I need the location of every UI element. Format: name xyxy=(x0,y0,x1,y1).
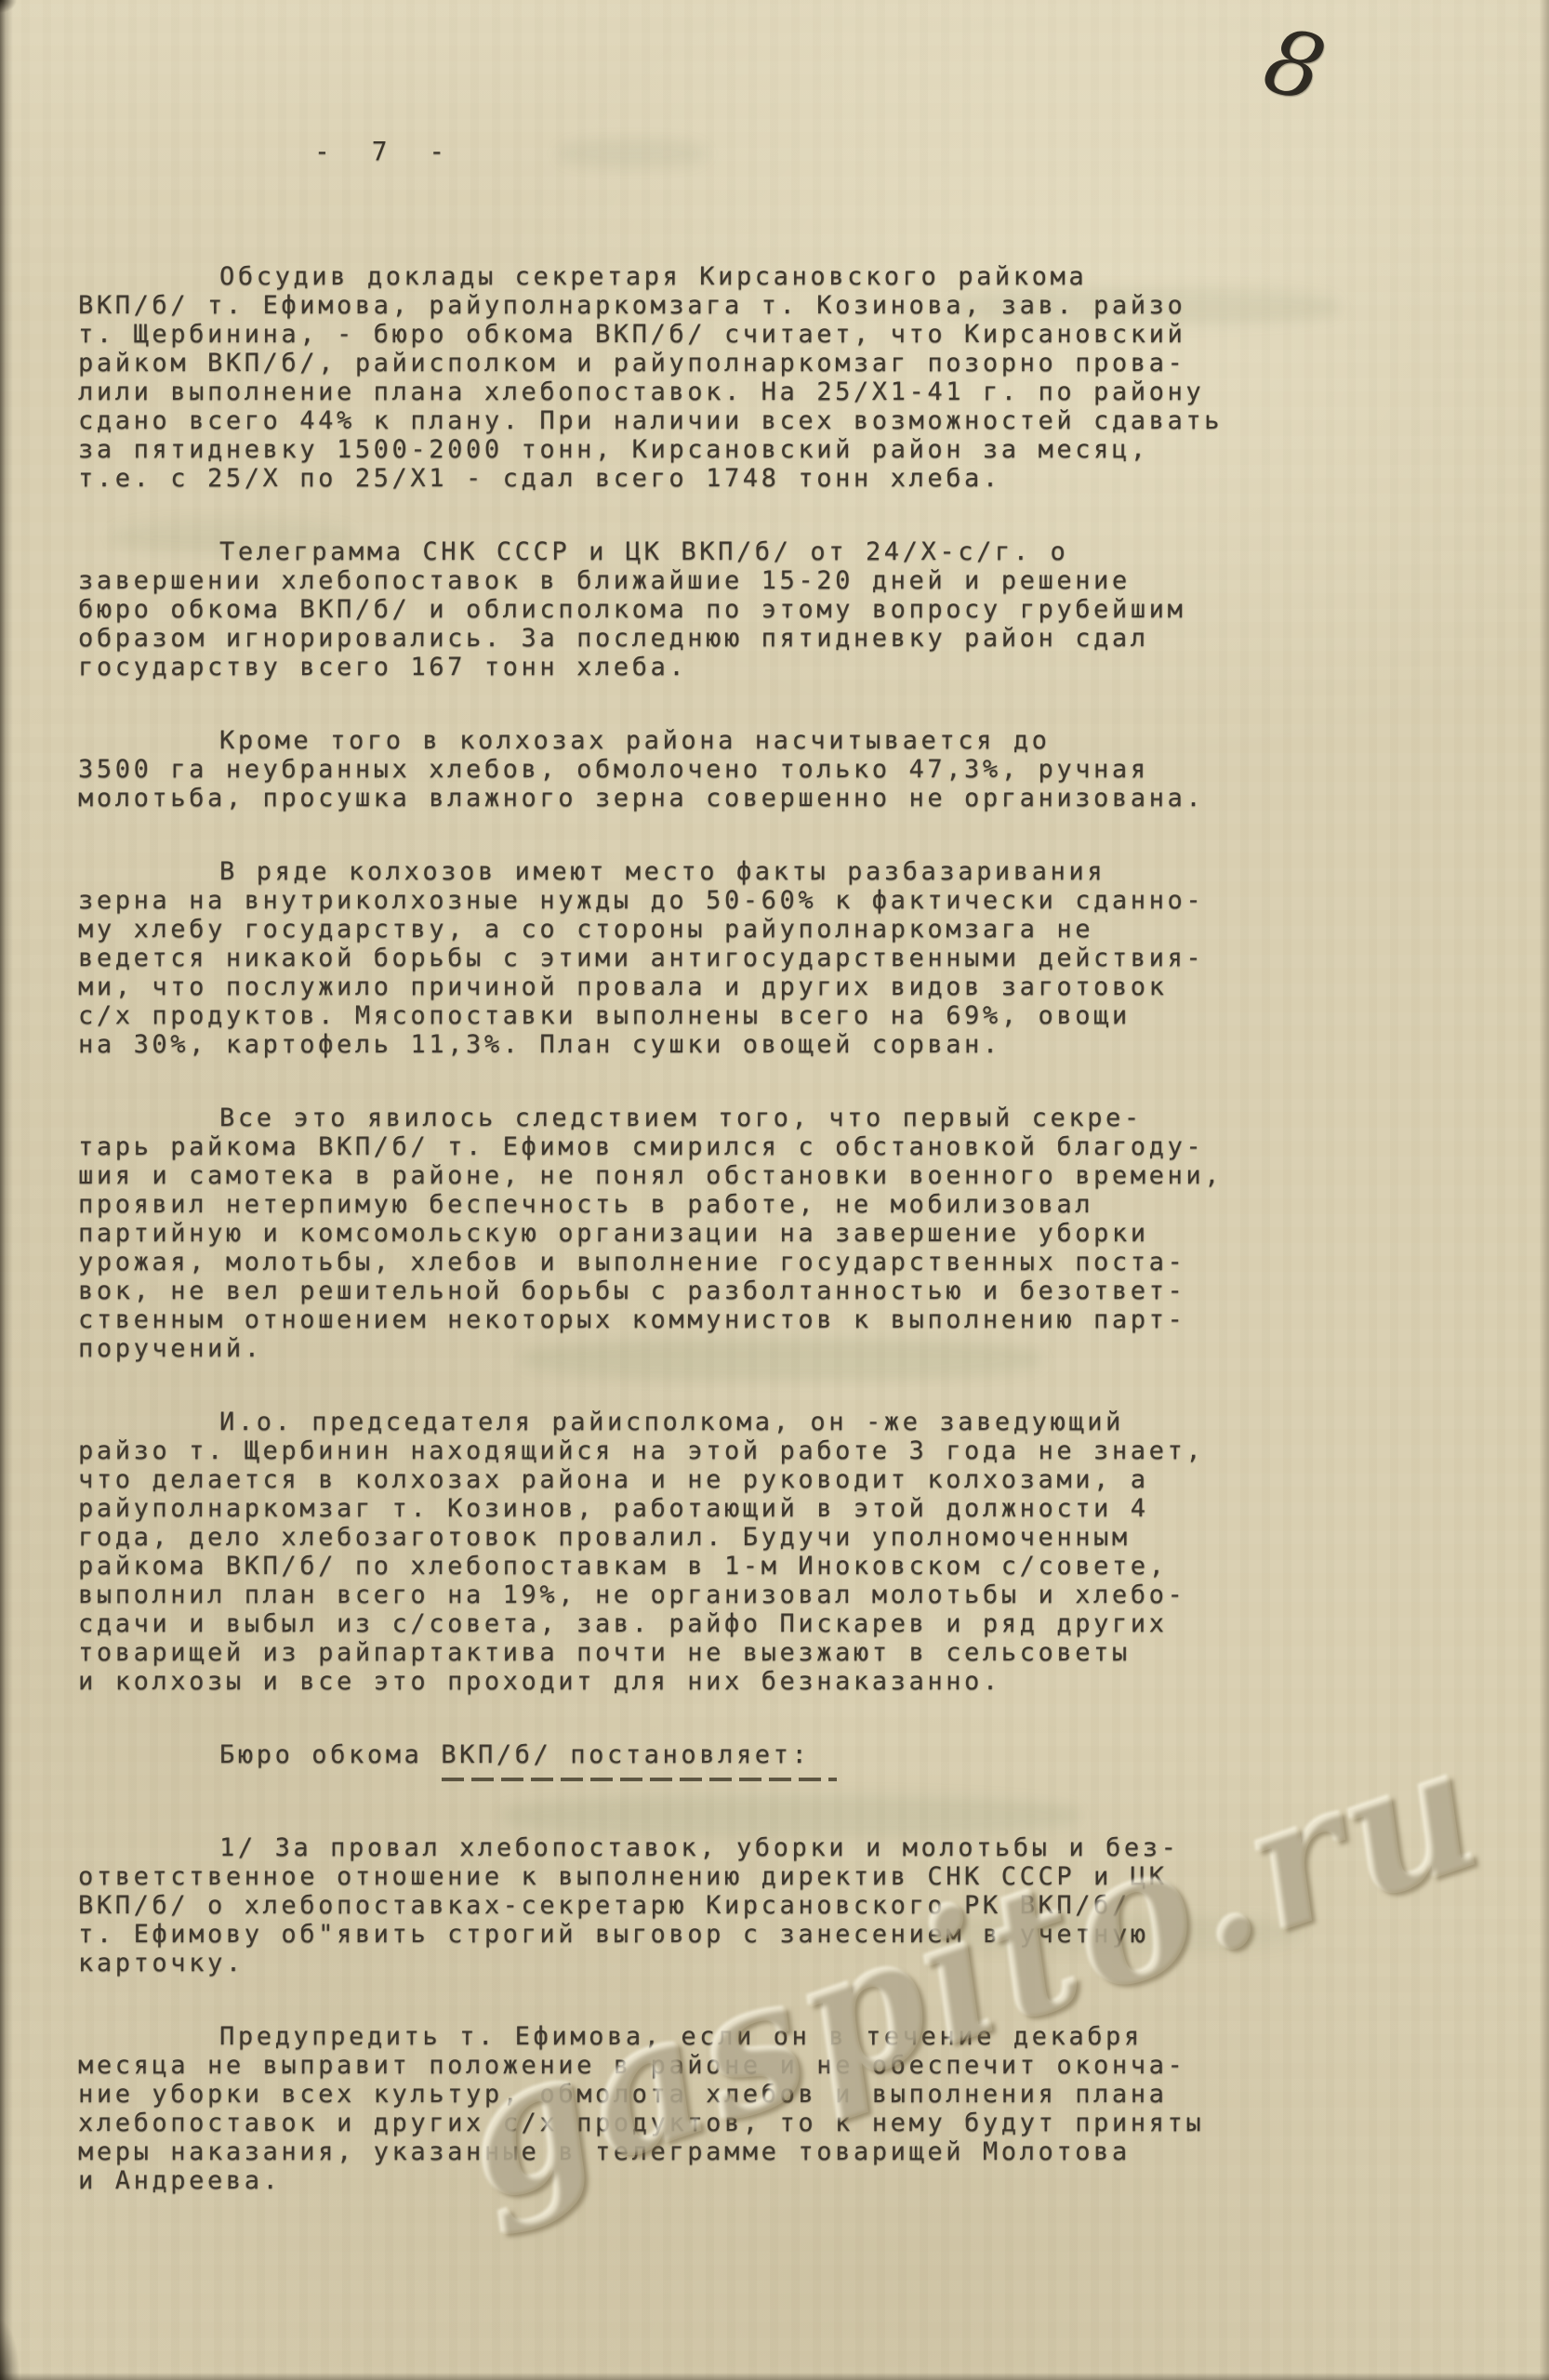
text-line: сдано всего 44% к плану. При наличии все… xyxy=(78,406,1333,435)
paragraph: Кроме того в колхозах района насчитывает… xyxy=(78,726,1333,813)
resolution-heading-block: Бюро обкома ВКП/б/ постановляет: xyxy=(78,1740,1333,1781)
text-line: вок, не вел решительной борьбы с разболт… xyxy=(78,1276,1333,1305)
text-line: месяца не выправит положение в районе и … xyxy=(78,2051,1333,2080)
text-line: партийную и комсомольскую организации на… xyxy=(78,1219,1333,1248)
text-line: и Андреева. xyxy=(78,2166,1333,2195)
text-line: Предупредить т. Ефимова, если он в течен… xyxy=(78,2022,1333,2051)
scan-edge-bottom xyxy=(0,2373,1549,2380)
text-line: на 30%, картофель 11,3%. План сушки овощ… xyxy=(78,1030,1333,1059)
text-line: государству всего 167 тонн хлеба. xyxy=(78,653,1333,681)
text-line: ственным отношением некоторых коммунисто… xyxy=(78,1305,1333,1334)
paragraph: И.о. председателя райисполкома, он -же з… xyxy=(78,1408,1333,1696)
text-line: урожая, молотьбы, хлебов и выполнение го… xyxy=(78,1248,1333,1276)
scan-edge-right xyxy=(1540,0,1549,2380)
text-line: хлебопоставок и других с/х продуктов, то… xyxy=(78,2109,1333,2137)
scan-corner-mark xyxy=(0,2296,28,2380)
text-line: т. Щербинина, - бюро обкома ВКП/б/ счита… xyxy=(78,320,1333,349)
text-line: Телеграмма СНК СССР и ЦК ВКП/б/ от 24/X-… xyxy=(78,537,1333,566)
resolution-heading: Бюро обкома ВКП/б/ постановляет: xyxy=(78,1740,1333,1769)
text-line: и колхозы и все это проходит для них без… xyxy=(78,1667,1333,1696)
resolution-paragraphs: 1/ За провал хлебопоставок, уборки и мол… xyxy=(78,1833,1333,2195)
text-line: бюро обкома ВКП/б/ и облисполкома по это… xyxy=(78,595,1333,624)
scan-edge-left xyxy=(0,0,13,2380)
text-line: райуполнаркомзаг т. Козинов, работающий … xyxy=(78,1494,1333,1523)
text-line: товарищей из райпартактива почти не выез… xyxy=(78,1638,1333,1667)
paragraph: Все это явилось следствием того, что пер… xyxy=(78,1104,1333,1363)
text-line: Кроме того в колхозах района насчитывает… xyxy=(78,726,1333,755)
text-line: 1/ За провал хлебопоставок, уборки и мол… xyxy=(78,1833,1333,1862)
text-line: с/х продуктов. Мясопоставки выполнены вс… xyxy=(78,1001,1333,1030)
text-line: ВКП/б/ о хлебопоставках-секретарю Кирсан… xyxy=(78,1891,1333,1920)
text-line: поручений. xyxy=(78,1334,1333,1363)
text-line: лили выполнение плана хлебопоставок. На … xyxy=(78,377,1333,406)
paragraph: Предупредить т. Ефимова, если он в течен… xyxy=(78,2022,1333,2195)
text-line: карточку. xyxy=(78,1949,1333,1977)
paragraph: 1/ За провал хлебопоставок, уборки и мол… xyxy=(78,1833,1333,1977)
document-body: Обсудив доклады секретаря Кирсановского … xyxy=(78,262,1333,2240)
text-line: проявил нетерпимую беспечность в работе,… xyxy=(78,1190,1333,1219)
text-line: выполнил план всего на 19%, не организов… xyxy=(78,1580,1333,1609)
typed-page-number: - 7 - xyxy=(314,136,457,166)
text-line: Обсудив доклады секретаря Кирсановского … xyxy=(78,262,1333,291)
body-paragraphs: Обсудив доклады секретаря Кирсановского … xyxy=(78,262,1333,1696)
text-line: ВКП/б/ т. Ефимова, райуполнаркомзага т. … xyxy=(78,291,1333,320)
text-line: тарь райкома ВКП/б/ т. Ефимов смирился с… xyxy=(78,1132,1333,1161)
text-line: за пятидневку 1500-2000 тонн, Кирсановск… xyxy=(78,435,1333,464)
bleedthrough-smudge xyxy=(558,139,707,167)
text-line: зерна на внутриколхозные нужды до 50-60%… xyxy=(78,886,1333,915)
text-line: ответственное отношение к выполнению дир… xyxy=(78,1862,1333,1891)
scan-corner-mark xyxy=(0,0,24,19)
text-line: меры наказания, указанные в телеграмме т… xyxy=(78,2137,1333,2166)
text-line: И.о. председателя райисполкома, он -же з… xyxy=(78,1408,1333,1436)
text-line: года, дело хлебозаготовок провалил. Буду… xyxy=(78,1523,1333,1552)
text-line: что делается в колхозах района и не руко… xyxy=(78,1465,1333,1494)
text-line: т.е. с 25/X по 25/X1 - сдал всего 1748 т… xyxy=(78,464,1333,493)
document-scan: 8 - 7 - Обсудив доклады секретаря Кирсан… xyxy=(0,0,1549,2380)
text-line: т. Ефимову об"явить строгий выговор с за… xyxy=(78,1920,1333,1949)
text-line: сдачи и выбыл из с/совета, зав. райфо Пи… xyxy=(78,1609,1333,1638)
text-line: молотьба, просушка влажного зерна соверш… xyxy=(78,784,1333,813)
text-line: му хлебу государству, а со стороны райуп… xyxy=(78,915,1333,944)
text-line: райзо т. Щербинин находящийся на этой ра… xyxy=(78,1436,1333,1465)
handwritten-page-number: 8 xyxy=(1254,7,1334,122)
text-line: Все это явилось следствием того, что пер… xyxy=(78,1104,1333,1132)
text-line: ми, что послужило причиной провала и дру… xyxy=(78,972,1333,1001)
dashed-underline xyxy=(442,1778,837,1781)
text-line: ние уборки всех культур, обмолота хлебов… xyxy=(78,2080,1333,2109)
text-line: В ряде колхозов имеют место факты разбаз… xyxy=(78,857,1333,886)
text-line: шия и самотека в районе, не понял обстан… xyxy=(78,1161,1333,1190)
text-line: 3500 га неубранных хлебов, обмолочено то… xyxy=(78,755,1333,784)
text-line: ведется никакой борьбы с этими антигосуд… xyxy=(78,944,1333,972)
text-line: райкома ВКП/б/ по хлебопоставкам в 1-м И… xyxy=(78,1552,1333,1580)
text-line: завершении хлебопоставок в ближайшие 15-… xyxy=(78,566,1333,595)
paragraph: В ряде колхозов имеют место факты разбаз… xyxy=(78,857,1333,1059)
paragraph: Телеграмма СНК СССР и ЦК ВКП/б/ от 24/X-… xyxy=(78,537,1333,681)
text-line: образом игнорировались. За последнюю пят… xyxy=(78,624,1333,653)
paragraph: Обсудив доклады секретаря Кирсановского … xyxy=(78,262,1333,493)
text-line: райком ВКП/б/, райисполком и райуполнарк… xyxy=(78,349,1333,377)
